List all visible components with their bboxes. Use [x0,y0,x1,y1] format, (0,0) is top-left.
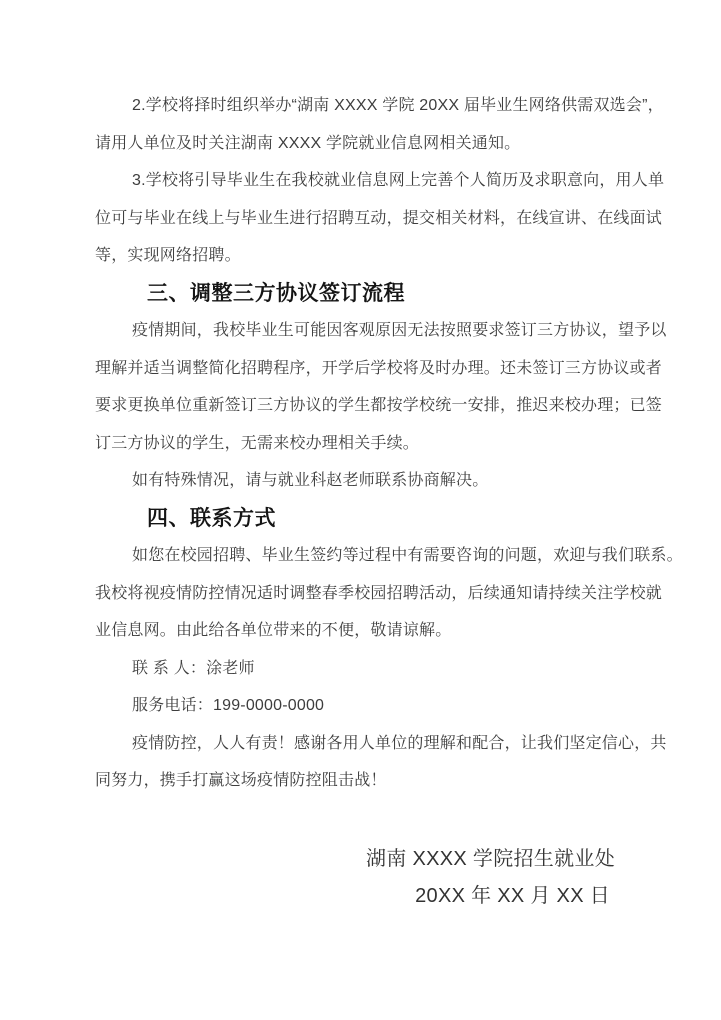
document-page: 2.学校将择时组织举办“湖南 XXXX 学院 20XX 届毕业生网络供需双选会”… [0,0,721,1020]
signature-organization: 湖南 XXXX 学院招生就业处 [95,841,628,879]
signature-date: 20XX 年 XX 月 XX 日 [95,878,628,916]
paragraph-line: 要求更换单位重新签订三方协议的学生都按学校统一安排，推迟来校办理；已签 [95,387,628,425]
paragraph-line: 订三方协议的学生，无需来校办理相关手续。 [95,425,628,463]
paragraph-line: 理解并适当调整简化招聘程序，开学后学校将及时办理。还未签订三方协议或者 [95,350,628,388]
service-phone-line: 服务电话：199-0000-0000 [95,687,628,725]
section-three-paragraph-1: 疫情期间，我校毕业生可能因客观原因无法按照要求签订三方协议，望予以 理解并适当调… [95,312,628,462]
paragraph-line: 如有特殊情况，请与就业科赵老师联系协商解决。 [95,462,628,500]
paragraph-line: 等，实现网络招聘。 [95,237,628,275]
document-content: 2.学校将择时组织举办“湖南 XXXX 学院 20XX 届毕业生网络供需双选会”… [95,87,628,916]
section-heading-three: 三、调整三方协议签订流程 [95,275,628,313]
paragraph-line: 如您在校园招聘、毕业生签约等过程中有需要咨询的问题，欢迎与我们联系。 [95,537,628,575]
section-four-paragraph-1: 如您在校园招聘、毕业生签约等过程中有需要咨询的问题，欢迎与我们联系。 我校将视疫… [95,537,628,650]
paragraph-line: 3.学校将引导毕业生在我校就业信息网上完善个人简历及求职意向，用人单 [95,162,628,200]
paragraph-item-2: 2.学校将择时组织举办“湖南 XXXX 学院 20XX 届毕业生网络供需双选会”… [95,87,628,162]
paragraph-line: 业信息网。由此给各单位带来的不便，敬请谅解。 [95,612,628,650]
closing-paragraph: 疫情防控，人人有责！感谢各用人单位的理解和配合，让我们坚定信心，共 同努力，携手… [95,725,628,800]
section-three-paragraph-2: 如有特殊情况，请与就业科赵老师联系协商解决。 [95,462,628,500]
contact-person-line: 联 系 人：涂老师 [95,650,628,688]
paragraph-line: 疫情防控，人人有责！感谢各用人单位的理解和配合，让我们坚定信心，共 [95,725,628,763]
paragraph-line: 同努力，携手打赢这场疫情防控阻击战！ [95,762,628,800]
paragraph-line: 位可与毕业在线上与毕业生进行招聘互动，提交相关材料，在线宣讲、在线面试 [95,200,628,238]
section-heading-four: 四、联系方式 [95,500,628,538]
signature-block: 湖南 XXXX 学院招生就业处 20XX 年 XX 月 XX 日 [95,841,628,916]
paragraph-line: 疫情期间，我校毕业生可能因客观原因无法按照要求签订三方协议，望予以 [95,312,628,350]
paragraph-line: 我校将视疫情防控情况适时调整春季校园招聘活动，后续通知请持续关注学校就 [95,575,628,613]
paragraph-item-3: 3.学校将引导毕业生在我校就业信息网上完善个人简历及求职意向，用人单 位可与毕业… [95,162,628,275]
paragraph-line: 2.学校将择时组织举办“湖南 XXXX 学院 20XX 届毕业生网络供需双选会”… [95,87,628,125]
paragraph-line: 请用人单位及时关注湖南 XXXX 学院就业信息网相关通知。 [95,125,628,163]
